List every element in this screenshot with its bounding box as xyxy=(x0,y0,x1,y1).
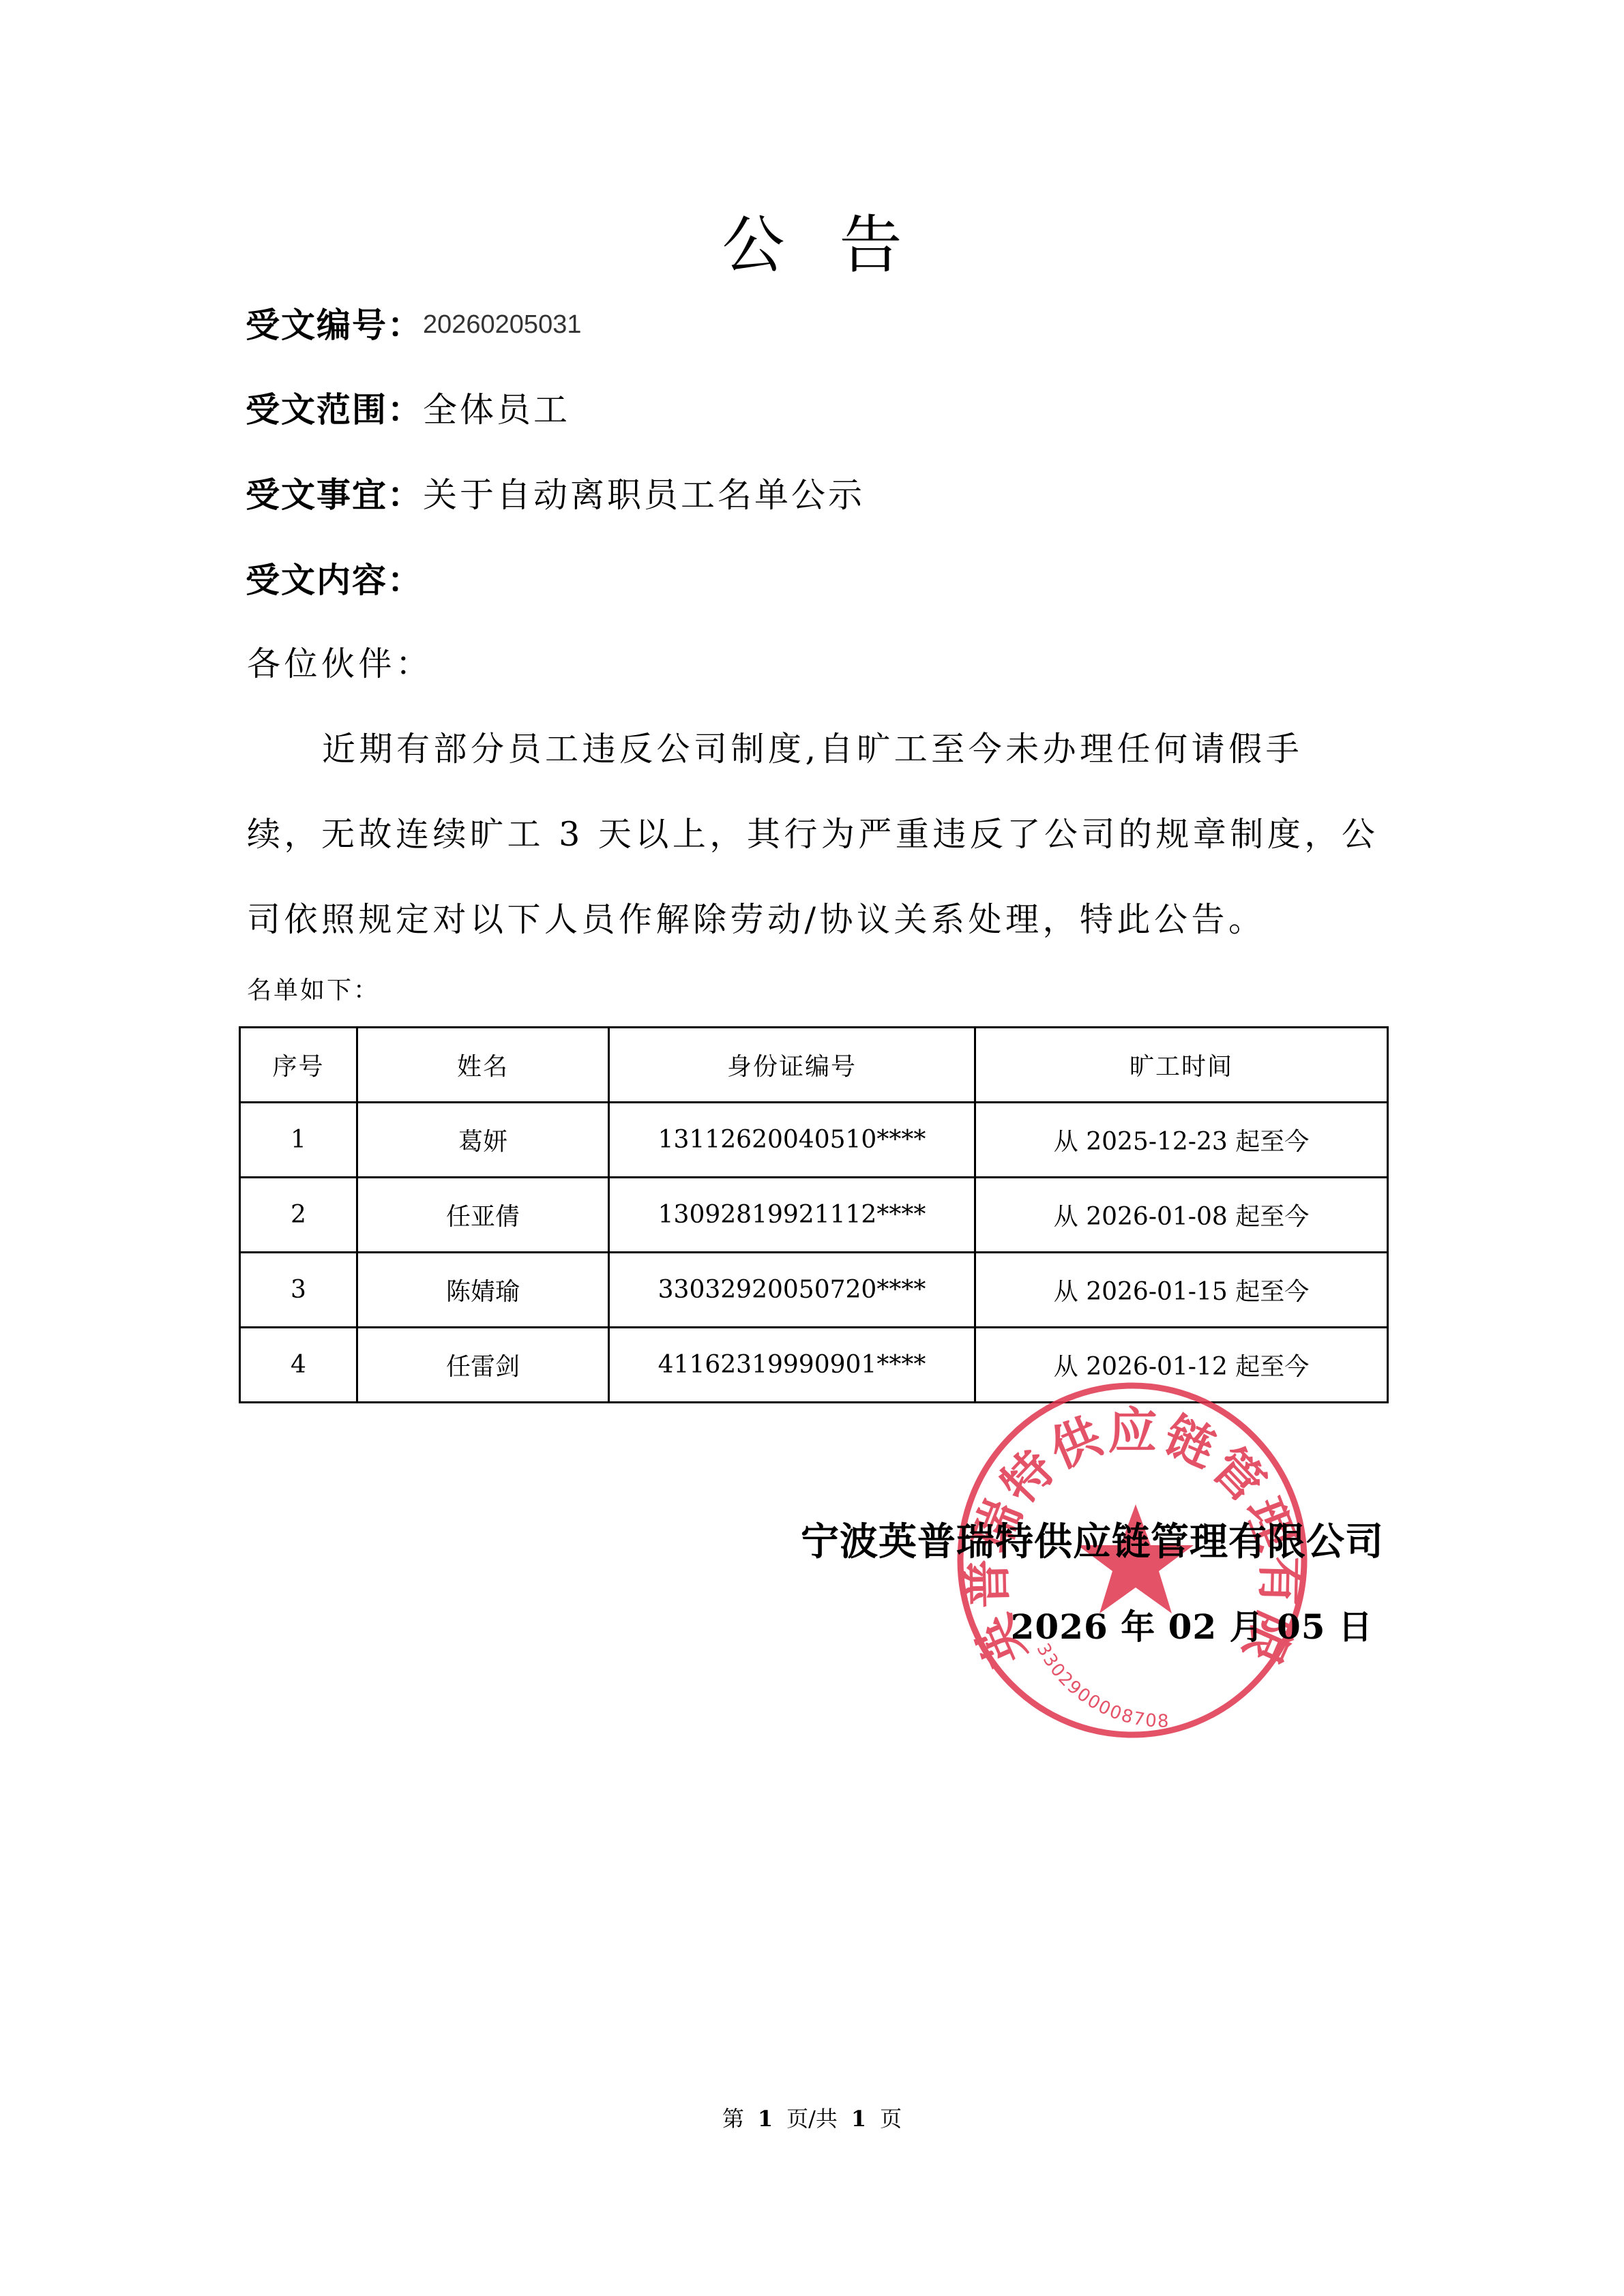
cell-id-number: 33032920050720**** xyxy=(609,1253,975,1328)
table-row: 4 任雷剑 41162319990901**** 从 2026-01-12 起至… xyxy=(240,1328,1388,1403)
field-value: 关于自动离职员工名单公示 xyxy=(423,475,865,515)
header-index: 序号 xyxy=(240,1028,357,1103)
header-name: 姓名 xyxy=(357,1028,609,1103)
cell-absence-time: 从 2026-01-08 起至今 xyxy=(975,1178,1388,1253)
header-id-number: 身份证编号 xyxy=(609,1028,975,1103)
table-row: 3 陈婧瑜 33032920050720**** 从 2026-01-15 起至… xyxy=(240,1253,1388,1328)
seal-code: 3302900008708 xyxy=(1033,1640,1170,1731)
footer-prefix: 第 xyxy=(722,2106,744,2132)
field-subject: 受文事宜：关于自动离职员工名单公示 xyxy=(246,475,865,516)
footer-middle: 页/共 xyxy=(786,2106,838,2132)
field-scope: 受文范围：全体员工 xyxy=(246,389,570,430)
cell-id-number: 13092819921112**** xyxy=(609,1178,975,1253)
cell-index: 2 xyxy=(240,1178,357,1253)
list-caption: 名单如下： xyxy=(247,974,380,1008)
cell-absence-time: 从 2025-12-23 起至今 xyxy=(975,1103,1388,1178)
signature-date: 2026 年 02 月 05 日 xyxy=(1011,1607,1373,1648)
table-row: 2 任亚倩 13092819921112**** 从 2026-01-08 起至… xyxy=(240,1178,1388,1253)
footer-suffix: 页 xyxy=(880,2106,902,2132)
roster-table: 序号 姓名 身份证编号 旷工时间 1 葛妍 13112620040510****… xyxy=(239,1026,1389,1403)
cell-name: 任亚倩 xyxy=(357,1178,609,1253)
field-value: 20260205031 xyxy=(423,310,581,339)
cell-name: 葛妍 xyxy=(357,1103,609,1178)
footer-total-pages: 1 xyxy=(851,2106,866,2132)
field-content: 受文内容： xyxy=(246,560,423,601)
cell-index: 3 xyxy=(240,1253,357,1328)
cell-absence-time: 从 2026-01-15 起至今 xyxy=(975,1253,1388,1328)
signature-company: 宁波英普瑞特供应链管理有限公司 xyxy=(801,1521,1384,1564)
field-label: 受文内容： xyxy=(246,561,423,600)
cell-id-number: 41162319990901**** xyxy=(609,1328,975,1403)
field-doc-number: 受文编号：20260205031 xyxy=(246,304,581,345)
field-label: 受文编号： xyxy=(246,305,423,345)
field-value: 全体员工 xyxy=(423,390,570,430)
body-line-2: 续，无故连续旷工 3 天以上，其行为严重违反了公司的规章制度，公 xyxy=(247,814,1378,855)
cell-absence-time: 从 2026-01-12 起至今 xyxy=(975,1328,1388,1403)
page-footer: 第1页/共1页 xyxy=(0,2104,1624,2134)
body-line-3: 司依照规定对以下人员作解除劳动/协议关系处理，特此公告。 xyxy=(247,899,1266,940)
field-label: 受文范围： xyxy=(246,390,423,430)
cell-name: 任雷剑 xyxy=(357,1328,609,1403)
table-header-row: 序号 姓名 身份证编号 旷工时间 xyxy=(240,1028,1388,1103)
header-absence-time: 旷工时间 xyxy=(975,1028,1388,1103)
cell-index: 4 xyxy=(240,1328,357,1403)
footer-current-page: 1 xyxy=(758,2106,773,2132)
cell-name: 陈婧瑜 xyxy=(357,1253,609,1328)
cell-id-number: 13112620040510**** xyxy=(609,1103,975,1178)
field-label: 受文事宜： xyxy=(246,475,423,515)
salutation: 各位伙伴： xyxy=(247,644,433,685)
page-title: 公告 xyxy=(0,205,1624,286)
table-row: 1 葛妍 13112620040510**** 从 2025-12-23 起至今 xyxy=(240,1103,1388,1178)
body-line-1: 近期有部分员工违反公司制度,自旷工至今未办理任何请假手 xyxy=(322,729,1303,770)
cell-index: 1 xyxy=(240,1103,357,1178)
svg-text:3302900008708: 3302900008708 xyxy=(1033,1640,1170,1731)
